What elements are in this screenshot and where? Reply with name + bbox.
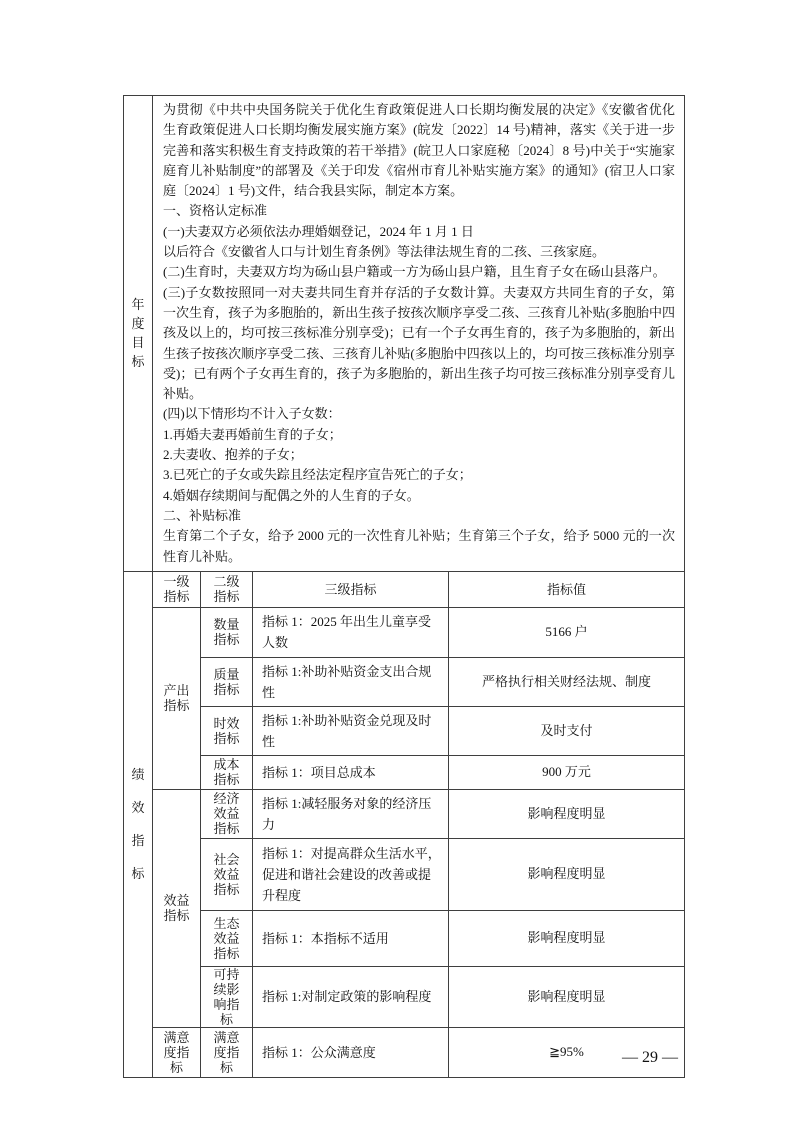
table-row: 效益 指标 经济 效益 指标 指标 1:减轻服务对象的经济压力 影响程度明显 — [124, 789, 685, 838]
level1-satisfaction-cell: 满意 度指 标 — [153, 1027, 201, 1077]
indicator-value: 5166 户 — [449, 621, 684, 643]
perf-label: 绩 效 指 标 — [124, 758, 152, 890]
level2-cell: 数量 指标 — [201, 607, 253, 657]
level2-cell: 时效 指标 — [201, 706, 253, 755]
level1-satisfaction-label: 满意 度指 标 — [153, 1030, 200, 1075]
header-level3: 三级指标 — [253, 582, 448, 597]
level2-cell: 可持 续影 响指 标 — [201, 966, 253, 1027]
level3-text: 指标 1：对提高群众生活水平，促进和谐社会建设的改善或提升程度 — [253, 840, 448, 909]
value-cell: 影响程度明显 — [449, 789, 685, 838]
table-row: 社会 效益 指标 指标 1：对提高群众生活水平，促进和谐社会建设的改善或提升程度… — [124, 838, 685, 910]
annual-goal-label-cell: 年 度 目 标 — [124, 96, 153, 572]
level3-text: 指标 1：本指标不适用 — [253, 925, 448, 952]
level3-cell: 指标 1：项目总成本 — [253, 755, 449, 789]
level2-label: 经济 效益 指标 — [201, 791, 252, 836]
header-level1: 一级 指标 — [153, 574, 200, 604]
table-row: 可持 续影 响指 标 指标 1:对制定政策的影响程度 影响程度明显 — [124, 966, 685, 1027]
indicator-value: 900 万元 — [449, 761, 684, 783]
indicator-value: 影响程度明显 — [449, 863, 684, 885]
level2-label: 成本 指标 — [201, 757, 252, 787]
document-page: { "annual_goal": { "label": "年\n度\n目\n标"… — [0, 0, 793, 1122]
page-number: — 29 — — [622, 1049, 678, 1067]
level2-cell: 生态 效益 指标 — [201, 910, 253, 966]
table-row: 满意 度指 标 满意 度指 标 指标 1：公众满意度 ≧95% — [124, 1027, 685, 1077]
header-level3-cell: 三级指标 — [253, 571, 449, 607]
value-cell: 5166 户 — [449, 607, 685, 657]
annual-goal-text: 为贯彻《中共中央国务院关于优化生育政策促进人口长期均衡发展的决定》《安徽省优化生… — [153, 96, 684, 571]
level3-text: 指标 1:补助补贴资金兑现及时性 — [253, 707, 448, 755]
indicator-value: 严格执行相关财经法规、制度 — [449, 671, 684, 693]
value-cell: 影响程度明显 — [449, 910, 685, 966]
level3-cell: 指标 1：公众满意度 — [253, 1027, 449, 1077]
value-cell: 及时支付 — [449, 706, 685, 755]
table-row: 成本 指标 指标 1：项目总成本 900 万元 — [124, 755, 685, 789]
level1-benefit-cell: 效益 指标 — [153, 789, 201, 1027]
perf-header-row: 绩 效 指 标 一级 指标 二级 指标 三级指标 指标值 — [124, 571, 685, 607]
header-value-cell: 指标值 — [449, 571, 685, 607]
level2-label: 生态 效益 指标 — [201, 916, 252, 961]
header-level1-cell: 一级 指标 — [153, 571, 201, 607]
level3-cell: 指标 1:补助补贴资金支出合规性 — [253, 657, 449, 706]
table-row: 产出 指标 数量 指标 指标 1：2025 年出生儿童享受人数 5166 户 — [124, 607, 685, 657]
indicator-value: 影响程度明显 — [449, 986, 684, 1008]
level3-cell: 指标 1:对制定政策的影响程度 — [253, 966, 449, 1027]
level1-output-label: 产出 指标 — [153, 683, 200, 713]
level2-cell: 社会 效益 指标 — [201, 838, 253, 910]
header-value: 指标值 — [449, 582, 684, 597]
level2-label: 社会 效益 指标 — [201, 852, 252, 897]
header-level2-cell: 二级 指标 — [201, 571, 253, 607]
header-level2: 二级 指标 — [201, 574, 252, 604]
level2-cell: 质量 指标 — [201, 657, 253, 706]
level3-cell: 指标 1：2025 年出生儿童享受人数 — [253, 607, 449, 657]
level3-cell: 指标 1：本指标不适用 — [253, 910, 449, 966]
level3-cell: 指标 1:补助补贴资金兑现及时性 — [253, 706, 449, 755]
level2-label: 满意 度指 标 — [201, 1030, 252, 1075]
level2-cell: 成本 指标 — [201, 755, 253, 789]
level3-text: 指标 1:减轻服务对象的经济压力 — [253, 790, 448, 838]
value-cell: 严格执行相关财经法规、制度 — [449, 657, 685, 706]
table-row: 质量 指标 指标 1:补助补贴资金支出合规性 严格执行相关财经法规、制度 — [124, 657, 685, 706]
level2-label: 可持 续影 响指 标 — [201, 967, 252, 1027]
level2-cell: 经济 效益 指标 — [201, 789, 253, 838]
level1-output-cell: 产出 指标 — [153, 607, 201, 789]
value-cell: 900 万元 — [449, 755, 685, 789]
annual-goal-label: 年 度 目 标 — [124, 295, 152, 371]
indicator-value: 影响程度明显 — [449, 927, 684, 949]
level3-text: 指标 1：项目总成本 — [253, 759, 448, 786]
level2-label: 时效 指标 — [201, 716, 252, 746]
level3-text: 指标 1：公众满意度 — [253, 1039, 448, 1066]
level2-label: 数量 指标 — [201, 617, 252, 647]
level2-cell: 满意 度指 标 — [201, 1027, 253, 1077]
value-cell: 影响程度明显 — [449, 966, 685, 1027]
annual-goal-text-cell: 为贯彻《中共中央国务院关于优化生育政策促进人口长期均衡发展的决定》《安徽省优化生… — [153, 96, 685, 572]
level3-cell: 指标 1：对提高群众生活水平，促进和谐社会建设的改善或提升程度 — [253, 838, 449, 910]
level3-text: 指标 1:补助补贴资金支出合规性 — [253, 658, 448, 706]
performance-target-table: 年 度 目 标 为贯彻《中共中央国务院关于优化生育政策促进人口长期均衡发展的决定… — [123, 95, 685, 1078]
level3-text: 指标 1：2025 年出生儿童享受人数 — [253, 608, 448, 656]
value-cell: 影响程度明显 — [449, 838, 685, 910]
annual-goal-row: 年 度 目 标 为贯彻《中共中央国务院关于优化生育政策促进人口长期均衡发展的决定… — [124, 96, 685, 572]
level2-label: 质量 指标 — [201, 667, 252, 697]
indicator-value: 及时支付 — [449, 720, 684, 742]
level3-cell: 指标 1:减轻服务对象的经济压力 — [253, 789, 449, 838]
perf-label-cell: 绩 效 指 标 — [124, 571, 153, 1077]
indicator-value: 影响程度明显 — [449, 803, 684, 825]
table-row: 时效 指标 指标 1:补助补贴资金兑现及时性 及时支付 — [124, 706, 685, 755]
level1-benefit-label: 效益 指标 — [153, 893, 200, 923]
level3-text: 指标 1:对制定政策的影响程度 — [253, 983, 448, 1010]
table-row: 生态 效益 指标 指标 1：本指标不适用 影响程度明显 — [124, 910, 685, 966]
